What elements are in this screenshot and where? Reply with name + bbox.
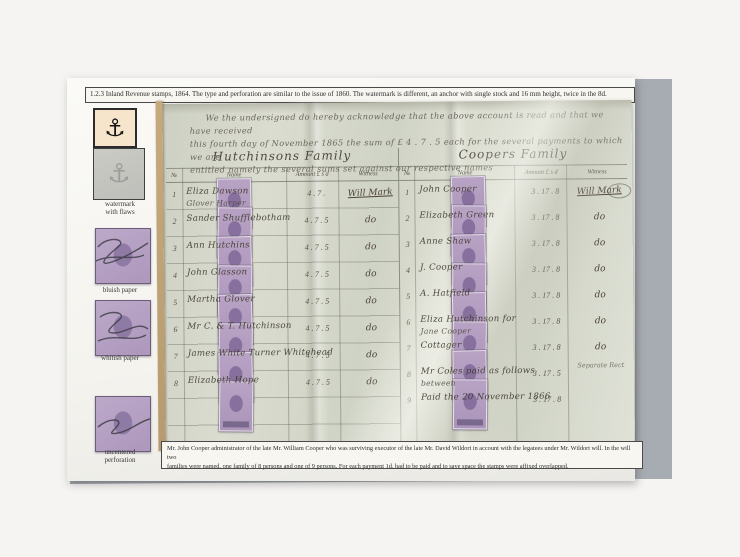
witness-mark: do [365,269,376,279]
table-row: 1 John Cooper 3 . 17 . 8 Will Mark [399,179,627,207]
name-line-2 [420,247,520,248]
footer-note: Mr. John Cooper administrator of the lat… [161,441,643,469]
table-row: 2 Sander Shufflebotham 4 . 7 . 5 do [166,208,398,237]
whitish-paper-caption: whitish paper [75,354,165,362]
name-line-2 [187,224,291,225]
name-line: Cottager [421,340,462,350]
name-line: Ann Hutchins [187,240,250,251]
name-line: Eliza Dawson [186,186,248,197]
witness-mark: Will Mark [577,185,622,197]
row-name: John Glasson [183,263,291,291]
witness-mark: do [595,290,606,300]
anchor-watermark-icon: ⚓ [93,108,137,148]
coopers-family-table: Coopers Family № Name Amount £ s d Witne… [398,146,630,463]
row-number: 4 [400,259,416,285]
name-line-2: Jane Cooper [420,325,520,337]
row-amount: 4 . 7 . 5 [291,316,343,343]
hutchinsons-family-table: Hutchinsons Family № Name Amount £ s d W… [166,148,401,465]
uncentered-perforation-stamp-image [95,396,151,452]
bluish-paper-stamp-image [95,228,151,284]
row-number: 6 [400,311,416,337]
row-witness: do [342,208,398,235]
row-witness: do [573,335,629,361]
right-table-rows: 1 John Cooper 3 . 17 . 8 Will Mark 2 Eli… [399,179,629,463]
row-witness: do [344,343,400,370]
row-number: 8 [168,372,184,399]
row-number: 5 [400,285,416,311]
row-amount: 4 . 7 . [290,181,342,208]
pen-cancel-icon [92,303,154,353]
row-witness: Will Mark [342,180,399,209]
row-witness: do [571,205,627,231]
row-name: Elizabeth Hope [184,371,292,399]
table-row: 1 Eliza DawsonGlover Harper 4 . 7 . Will… [166,181,398,210]
bluish-paper-caption: bluish paper [75,286,165,294]
row-number: 5 [167,291,183,318]
anchor-glyph: ⚓ [104,114,126,142]
document-folded-edge [155,101,165,451]
row-witness: do [343,235,399,262]
row-name: Cottager [417,336,521,363]
caption-line: uncentered [105,448,136,456]
row-number: 7 [401,337,417,363]
witness-mark: do [594,212,605,222]
name-line: Mr Coles paid as follows [421,366,535,377]
name-line: J. Cooper [420,262,463,272]
name-line: Anne Shaw [420,236,472,246]
row-amount: 4 . 7 . 5 [290,208,342,235]
witness-mark: do [595,342,606,352]
row-amount: 3 . 17 . 8 [519,179,571,205]
album-page: 1.2.3 Inland Revenue stamps, 1864. The t… [67,78,635,481]
caption-line: watermark [105,200,135,208]
name-line-2 [420,299,520,300]
name-line-2 [419,195,519,196]
row-name: Martha Glover [183,290,291,318]
preamble-line: We the undersigned do hereby acknowledge… [190,108,626,138]
footer-note-line: families were named, one family of 8 per… [167,462,637,471]
pen-cancel-icon [92,231,154,281]
table-row: 9 Paid the 20 November 1866 3 . 17 . 8 [401,387,629,415]
row-witness: do [572,231,628,257]
footer-note-line: Mr. John Cooper administrator of the lat… [167,444,637,462]
row-number: 1 [166,183,182,210]
row-amount: 4 . 7 . 5 [292,370,344,397]
row-witness: Separate Rect [573,361,629,387]
name-line: A. Hatfield [420,288,470,298]
row-witness [573,387,629,413]
name-line: Martha Glover [187,294,255,305]
witness-mark: do [366,377,377,387]
row-name: Mr C. & T. Hutchinson [183,317,291,345]
row-witness: do [343,316,399,343]
name-line: Paid the 20 November 1866 [421,392,551,403]
witness-mark: do [365,242,376,252]
table-row: 3 Anne Shaw 3 . 17 . 8 do [400,231,628,259]
row-amount: 4 . 7 . 5 [291,235,343,262]
table-row: 8 Elizabeth Hope 4 . 7 . 5 do [168,370,400,399]
row-name: Elizabeth Green [415,206,519,233]
table-row: 6 Eliza Hutchinson forJane Cooper 3 . 17… [400,309,628,337]
witness-mark: do [366,350,377,360]
row-name: J. Cooper [416,258,520,285]
right-table-title: Coopers Family [399,146,627,166]
name-line: John Glasson [187,267,247,278]
uncentered-perforation-caption: uncentered perforation [75,448,165,464]
row-name: John Cooper [415,180,519,207]
name-line-2 [421,403,521,404]
row-amount: 3 . 17 . 8 [519,205,571,231]
row-number: 3 [400,233,416,259]
table-row: 8 Mr Coles paid as followsbetween 3 . 17… [401,361,629,389]
row-witness: do [572,283,628,309]
caption-line: bluish paper [103,286,137,294]
name-line: James White Turner Whitehead [188,348,334,359]
table-row: 5 Martha Glover 4 . 7 . 5 do [167,289,399,318]
table-row: 6 Mr C. & T. Hutchinson 4 . 7 . 5 do [167,316,399,345]
ledger-document: We the undersigned do hereby acknowledge… [161,100,634,450]
pencil-note [571,179,627,181]
name-line-2: between [421,377,521,389]
faint-anchor-watermark-icon: ⚓ [107,159,130,189]
name-line: Elizabeth Hope [188,375,259,386]
table-row: 7 James White Turner Whitehead 4 . 7 . 5… [168,343,400,372]
name-line-2 [420,273,520,274]
row-witness: do [343,262,399,289]
row-name: Mr Coles paid as followsbetween [417,362,521,389]
row-witness: do [572,309,628,335]
row-witness: do [343,289,399,316]
pencil-note [342,181,398,183]
col-no: № [166,172,182,179]
row-amount: 4 . 7 . 5 [291,289,343,316]
table-row: 2 Elizabeth Green 3 . 17 . 8 do [399,205,627,233]
name-line-2 [188,386,292,387]
col-amount: Amount £ s d [515,169,567,176]
row-number: 2 [399,207,415,233]
name-line: Sander Shufflebotham [186,213,290,224]
witness-mark: Will Mark [348,187,393,199]
row-number: 1 [399,181,415,207]
left-table-rows: 1 Eliza DawsonGlover Harper 4 . 7 . Will… [166,181,400,465]
col-witness: Witness [567,168,627,176]
col-witness: Witness [338,170,398,178]
row-name: Sander Shufflebotham [182,209,290,237]
row-number: 8 [401,363,417,389]
row-number: 2 [166,210,182,237]
col-amount: Amount £ s d [286,171,338,178]
witness-mark: do [594,238,605,248]
name-line: John Cooper [419,184,476,195]
row-amount: 3 . 17 . 8 [520,257,572,283]
watermark-caption: watermark with flaws [75,200,165,216]
witness-mark: do [366,323,377,333]
watermark-stamp-image: ⚓ [93,148,145,200]
caption-line: with flaws [105,208,134,216]
row-number: 6 [167,318,183,345]
witness-mark: do [595,316,606,326]
row-witness: Will Mark [571,178,628,206]
witness-mark: do [594,264,605,274]
row-number: 9 [401,389,417,415]
row-name: Eliza DawsonGlover Harper [182,182,290,210]
row-amount: 3 . 17 . 8 [520,309,572,335]
row-witness: do [572,257,628,283]
row-name: Ann Hutchins [183,236,291,264]
name-line-2 [420,221,520,222]
row-amount: 3 . 17 . 8 [520,231,572,257]
name-line-2 [188,359,292,360]
name-line-2: Glover Harper [186,197,290,209]
row-name: Paid the 20 November 1866 [417,388,521,415]
pen-cancel-icon [92,399,154,449]
photo-of-exhibit-page: 1.2.3 Inland Revenue stamps, 1864. The t… [0,0,740,557]
name-line: Mr C. & T. Hutchinson [187,321,291,332]
header-note-text: 1.2.3 Inland Revenue stamps, 1864. The t… [90,90,607,98]
whitish-paper-stamp-image [95,300,151,356]
row-name: Anne Shaw [416,232,520,259]
name-line-2 [187,305,291,306]
name-line: Elizabeth Green [419,210,494,221]
row-amount: 3 . 17 . 8 [520,283,572,309]
name-line-2 [421,351,521,352]
row-name: Eliza Hutchinson forJane Cooper [416,310,520,337]
col-no: № [399,170,415,177]
row-number: 7 [168,345,184,372]
name-line-2 [187,332,291,333]
table-row: 3 Ann Hutchins 4 . 7 . 5 do [167,235,399,264]
name-line-2 [187,278,291,279]
table-row: 5 A. Hatfield 3 . 17 . 8 do [400,283,628,311]
table-row: 4 J. Cooper 3 . 17 . 8 do [400,257,628,285]
name-line-2 [187,251,291,252]
table-row: 7 Cottager 3 . 17 . 8 do [401,335,629,363]
row-amount: 4 . 7 . 5 [291,262,343,289]
row-number: 4 [167,264,183,291]
name-line: Eliza Hutchinson for [420,314,516,325]
row-witness: do [344,370,400,397]
pencil-note: Separate Rect [573,362,629,369]
table-row: 4 John Glasson 4 . 7 . 5 do [167,262,399,291]
row-name: James White Turner Whitehead [184,344,292,372]
caption-line: whitish paper [101,354,139,362]
witness-mark: do [366,296,377,306]
row-amount: 3 . 17 . 8 [521,335,573,361]
witness-mark: do [365,215,376,225]
left-table-title: Hutchinsons Family [166,148,398,168]
row-number: 3 [167,237,183,264]
caption-line: perforation [104,456,135,464]
row-name: A. Hatfield [416,284,520,311]
